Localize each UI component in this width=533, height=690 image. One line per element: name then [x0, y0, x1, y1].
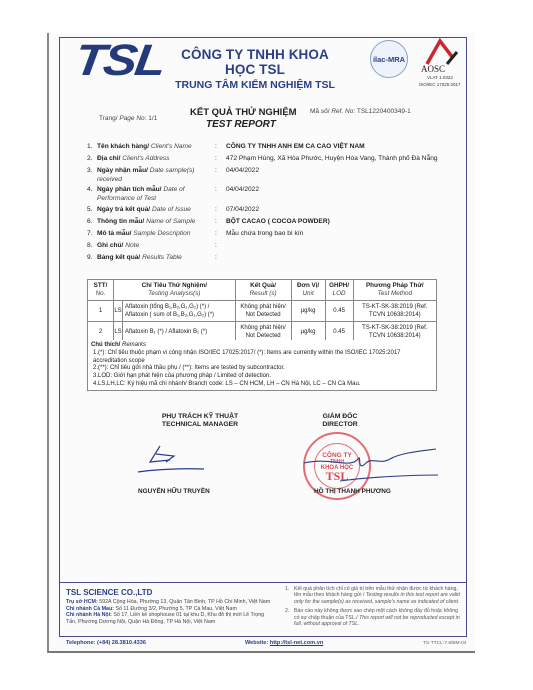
col-method: Phương Pháp Thử/Test Method — [353, 280, 436, 301]
footer-telephone: Telephone: (+84) 28.3810.4336 — [66, 640, 146, 646]
info-number: 6. — [87, 218, 93, 227]
footer-hanoi: Chi nhánh Hà Nội: Số 17, Liền kề shophou… — [66, 612, 276, 625]
info-value: 04/04/2022 — [226, 186, 486, 195]
info-label: Mô tả mẫu/ Sample Description — [97, 230, 209, 239]
footer-website: Website: http://tsl-net.com.vn — [245, 640, 323, 646]
info-colon: : — [215, 186, 217, 195]
col-result: Kết Quả/Result (s) — [235, 280, 291, 301]
info-value: 04/04/2022 — [226, 167, 486, 176]
info-colon: : — [215, 155, 217, 164]
info-colon: : — [215, 218, 217, 227]
info-value: BỘT CACAO ( COCOA POWDER) — [226, 218, 486, 227]
info-value: CÔNG TY TNHH ANH EM CA CAO VIỆT NAM — [226, 143, 486, 152]
page-label-en: Page No: — [119, 115, 146, 122]
ref-value: TSL1220400349-1 — [357, 108, 411, 115]
cell-lod: 0.45 — [325, 301, 353, 322]
director-name: HỒ THỊ THANH PHƯƠNG — [314, 488, 391, 495]
info-value: 472 Phạm Hùng, Xã Hòa Phước, Huyện Hòa V… — [226, 155, 486, 164]
info-colon: : — [215, 242, 217, 251]
director-signature-icon — [300, 445, 440, 485]
page-value: 1/1 — [148, 115, 157, 122]
footer-divider — [59, 582, 467, 583]
info-label: Bảng kết quả/ Results Table — [97, 254, 209, 263]
director-title: GIÁM ĐỐC DIRECTOR — [305, 413, 375, 429]
remarks-heading: Chú thích/ Remarks — [91, 342, 433, 350]
results-table: STT/No. Chỉ Tiêu Thử Nghiệm/Testing Anal… — [87, 279, 437, 343]
col-analysis: Chỉ Tiêu Thử Nghiệm/Testing Analysis(s) — [114, 280, 236, 301]
technical-manager-name: NGUYỄN HỮU TRUYỀN — [138, 488, 210, 495]
center-name: TRUNG TÂM KIỂM NGHIỆM TSL — [165, 79, 345, 91]
info-colon: : — [215, 167, 217, 176]
info-number: 3. — [87, 167, 93, 176]
page-number: Trang/ Page No: 1/1 — [99, 115, 157, 122]
info-value: Mẫu chứa trong bao bì kín — [226, 230, 486, 239]
remark-line: 3.LOD: Giới hạn phát hiện của phương phá… — [91, 373, 433, 381]
tsl-logo: TSL — [72, 43, 169, 79]
remark-line: 4.LS,LH,LC: Ký hiệu mã chi nhánh/ Branch… — [91, 381, 433, 389]
info-number: 7. — [87, 230, 93, 239]
info-label: Địa chỉ/ Client's Address — [97, 155, 209, 164]
col-unit: Đơn Vị/Unit — [291, 280, 325, 301]
website-link[interactable]: http://tsl-net.com.vn — [270, 640, 323, 646]
report-title-en: TEST REPORT — [206, 119, 276, 130]
info-number: 8. — [87, 242, 93, 251]
form-code: TS-TTCL-7.8/BM-04 — [423, 641, 466, 646]
page-label-vn: Trang/ — [99, 115, 118, 122]
aosc-iso: ISO/IEC 17025:2017 — [419, 82, 461, 87]
aosc-mark-icon — [425, 38, 459, 66]
col-no: STT/No. — [88, 280, 114, 301]
info-number: 2. — [87, 155, 93, 164]
cell-analysis: Aflatoxin (tổng B₁,B₂,G₁,G₂) (*) / Aflat… — [123, 301, 236, 322]
info-colon: : — [215, 143, 217, 152]
ilac-mra-logo-icon: ilac-MRA — [370, 40, 408, 78]
ref-label-en: Ref. No: — [331, 108, 355, 115]
company-header: CÔNG TY TNHH KHOA HỌC TSL TRUNG TÂM KIỂM… — [165, 47, 345, 91]
technical-manager-signature-icon — [130, 440, 210, 480]
info-label: Thông tin mẫu/ Name of Sample — [97, 218, 209, 227]
results-header-row: STT/No. Chỉ Tiêu Thử Nghiệm/Testing Anal… — [88, 280, 437, 301]
aosc-text: AOSC — [421, 64, 445, 74]
aosc-vlat: VLAT 1.0322 — [427, 75, 453, 80]
cell-branch: LS — [114, 301, 123, 322]
info-number: 5. — [87, 206, 93, 215]
footer-note: 1.Kết quả phân tích chỉ có giá trị trên … — [285, 586, 463, 605]
info-label: Ngày phân tích mẫu/ Date of Performance … — [97, 186, 209, 203]
footer-addresses: Trụ sở HCM: 592A Cộng Hòa, Phường 13, Qu… — [66, 599, 276, 625]
info-label: Ghi chú/ Note — [97, 242, 209, 251]
footer-note: 2.Báo cáo này không được sao chép một cá… — [285, 608, 463, 627]
info-number: 4. — [87, 186, 93, 195]
info-colon: : — [215, 230, 217, 239]
footer-notes: 1.Kết quả phân tích chỉ có giá trị trên … — [285, 586, 463, 630]
remarks-box: Chú thích/ Remarks 1.(*): Chỉ tiêu thuộc… — [87, 340, 437, 391]
info-label: Ngày trả kết quả/ Date of Issue — [97, 206, 209, 215]
technical-manager-title: PHỤ TRÁCH KỸ THUẬT TECHNICAL MANAGER — [150, 413, 250, 429]
info-colon: : — [215, 206, 217, 215]
cell-result: Không phát hiện/ Not Detected — [235, 301, 291, 322]
info-label: Ngày nhận mẫu/ Date sample(s) received — [97, 167, 209, 184]
info-label: Tên khách hàng/ Client's Name — [97, 143, 209, 152]
col-lod: GHPH/LOD — [325, 280, 353, 301]
aosc-logo-icon: AOSC VLAT 1.0322 ISO/IEC 17025:2017 — [415, 38, 465, 88]
company-name: CÔNG TY TNHH KHOA HỌC TSL — [165, 47, 345, 77]
remark-line: 1.(*): Chỉ tiêu thuộc phạm vi công nhận … — [91, 350, 433, 366]
ref-label-vn: Mã số/ — [310, 108, 330, 115]
cell-no: 1 — [88, 301, 114, 322]
ilac-text: ilac-MRA — [373, 55, 405, 64]
footer-company: TSL SCIENCE CO.,LTD — [66, 588, 152, 597]
info-number: 9. — [87, 254, 93, 263]
table-row: 1LSAflatoxin (tổng B₁,B₂,G₁,G₂) (*) / Af… — [88, 301, 437, 322]
info-number: 1. — [87, 143, 93, 152]
info-value: 07/04/2022 — [226, 206, 486, 215]
report-title-vn: KẾT QUẢ THỬ NGHIỆM — [190, 107, 297, 118]
info-colon: : — [215, 254, 217, 263]
cell-method: TS-KT-SK-38:2019 (Ref. TCVN 10638:2014) — [353, 301, 436, 322]
cell-unit: µg/kg — [291, 301, 325, 322]
reference-number: Mã số/ Ref. No: TSL1220400349-1 — [310, 108, 411, 115]
